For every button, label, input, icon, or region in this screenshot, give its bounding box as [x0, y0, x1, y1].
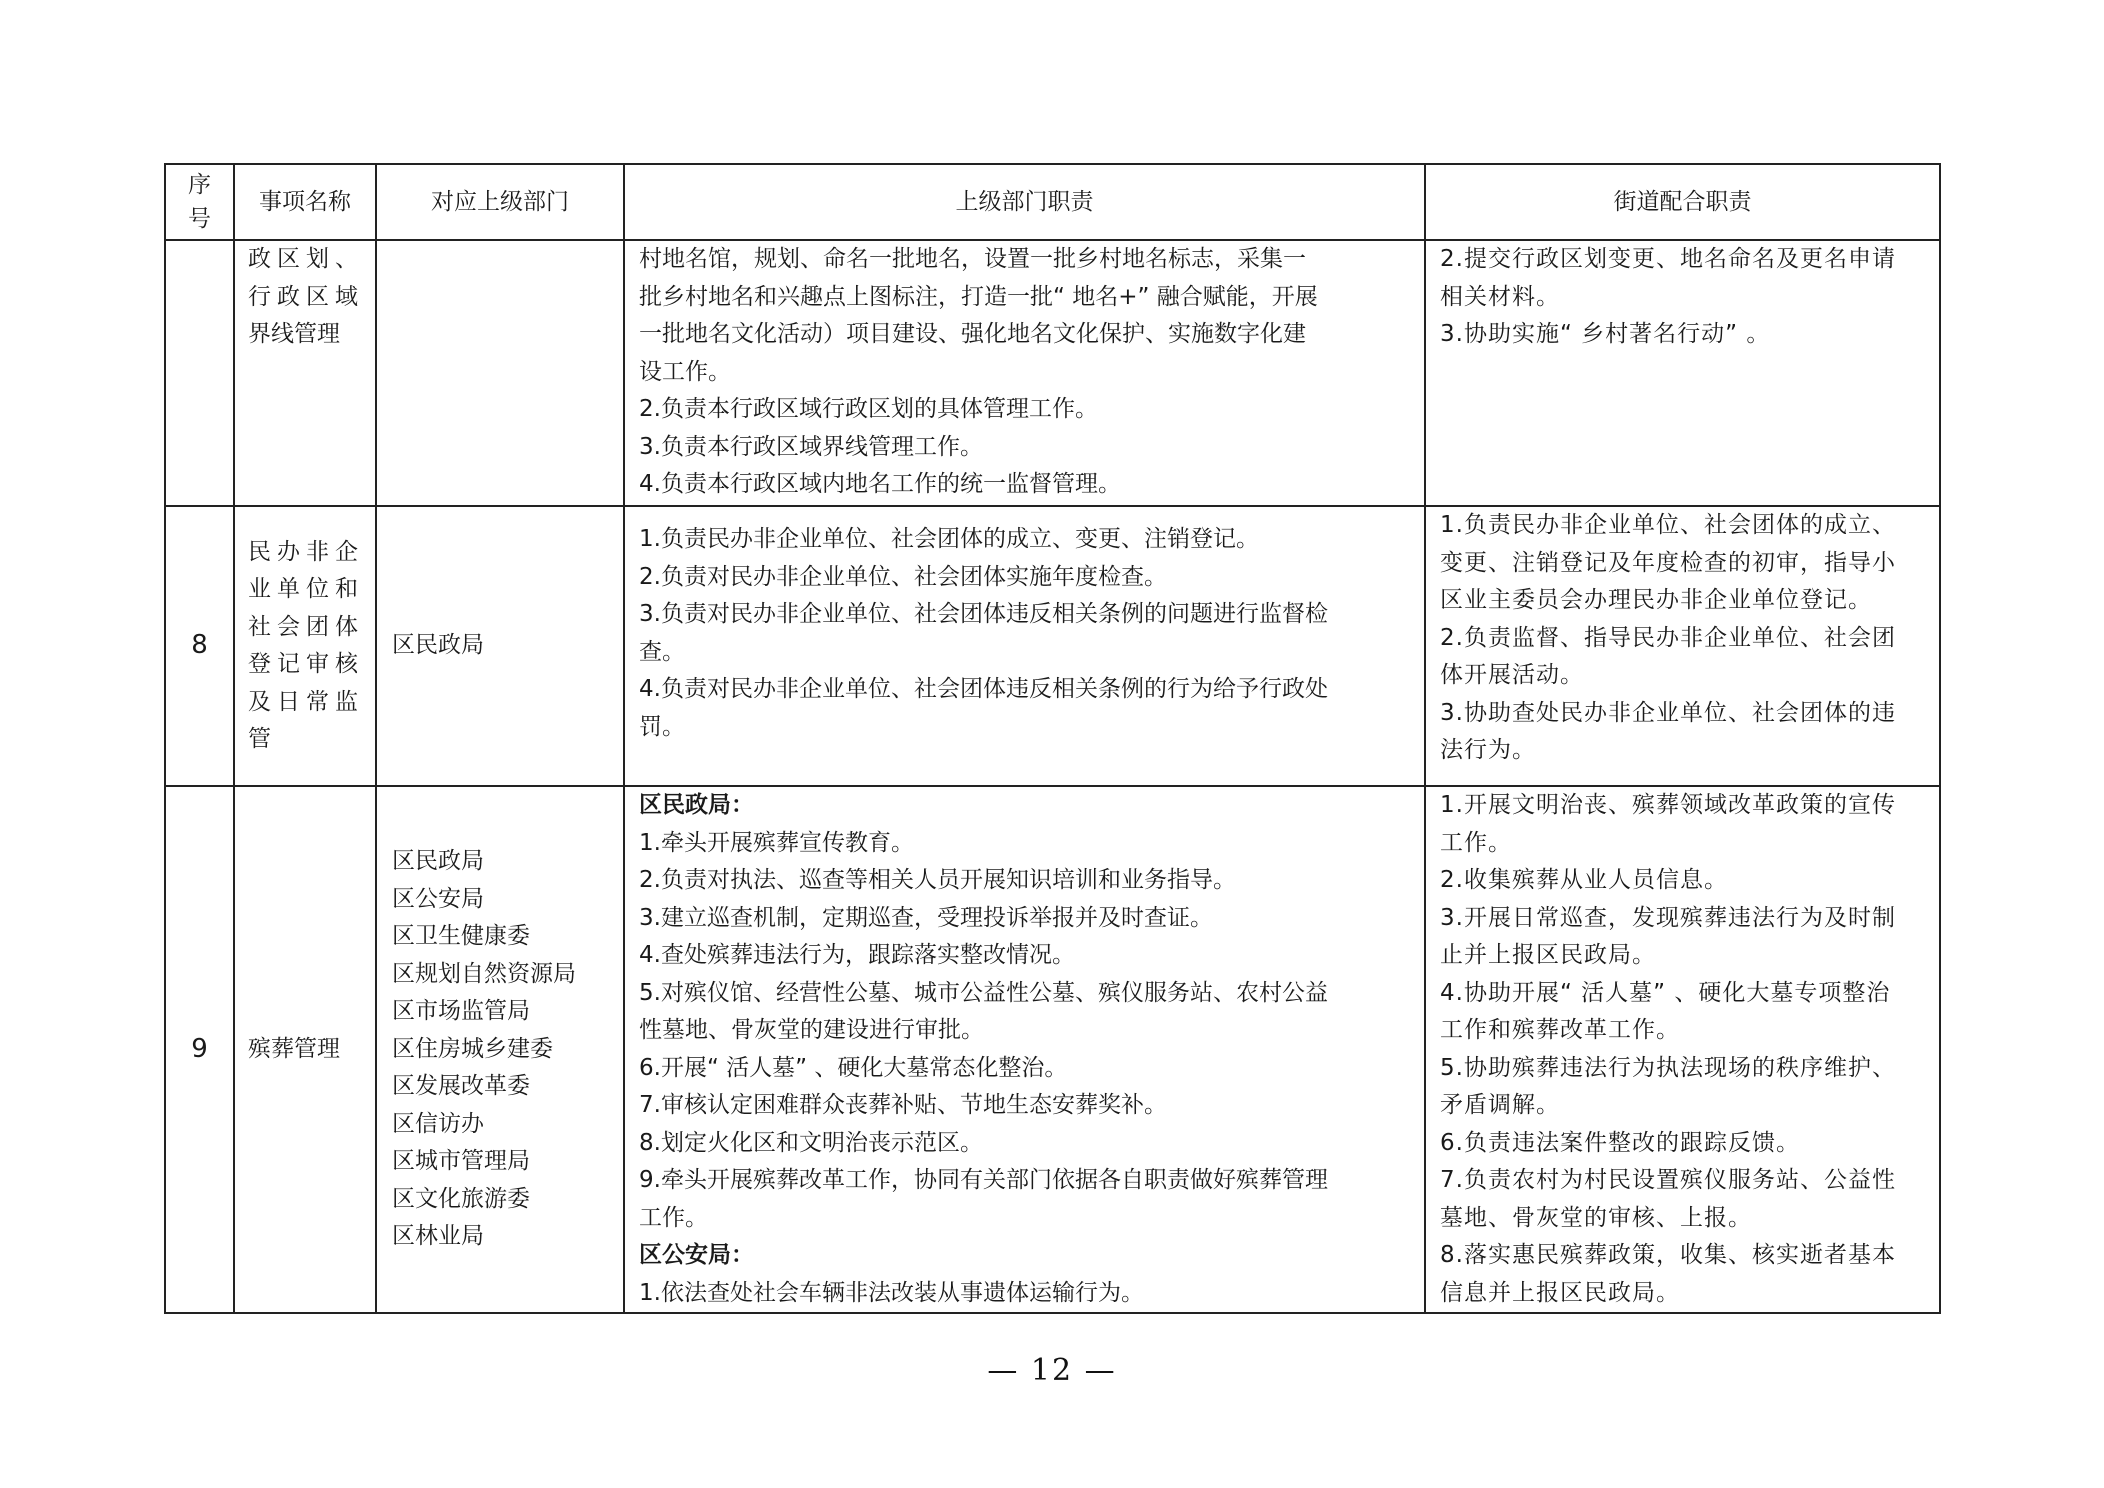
street-duty-line: 工作。 [1440, 825, 1929, 863]
item-name-line: 界线管理 [248, 316, 367, 354]
row-street-duties: 2.提交行政区划变更、地名命名及更名申请 相关材料。 3.协助实施“ 乡村著名行… [1425, 240, 1940, 506]
department-item: 区发展改革委 [392, 1068, 623, 1106]
street-duty-line: 区业主委员会办理民办非企业单位登记。 [1440, 582, 1929, 620]
header-street-duties: 街道配合职责 [1425, 164, 1940, 240]
duty-line: 3.负责对民办非企业单位、社会团体违反相关条例的问题进行监督检 [639, 596, 1414, 634]
row-superior-duties: 1.负责民办非企业单位、社会团体的成立、变更、注销登记。 2.负责对民办非企业单… [624, 506, 1425, 786]
header-seq: 序号 [165, 164, 234, 240]
duty-line: 一批地名文化活动）项目建设、强化地名文化保护、实施数字化建 [639, 316, 1414, 354]
department-item: 区文化旅游委 [392, 1181, 623, 1219]
street-duty-line: 4.协助开展“ 活人墓” 、硬化大墓专项整治 [1440, 975, 1929, 1013]
street-duty-line: 2.负责监督、指导民办非企业单位、社会团 [1440, 620, 1929, 658]
row-seq: 9 [165, 786, 234, 1313]
duty-line: 3.负责本行政区域界线管理工作。 [639, 429, 1414, 467]
row-departments: 区民政局 区公安局 区卫生健康委 区规划自然资源局 区市场监管局 区住房城乡建委… [376, 786, 624, 1313]
duty-line: 查。 [639, 634, 1414, 672]
department-item: 区信访办 [392, 1106, 623, 1144]
duty-line: 村地名馆，规划、命名一批地名，设置一批乡村地名标志，采集一 [639, 241, 1414, 279]
item-name-line: 民办非企 [248, 534, 367, 572]
duty-line: 罚。 [639, 709, 1414, 747]
street-duty-line: 1.开展文明治丧、殡葬领域改革政策的宣传 [1440, 787, 1929, 825]
street-duty-line: 3.协助查处民办非企业单位、社会团体的违 [1440, 695, 1929, 733]
department-item: 区公安局 [392, 881, 623, 919]
duty-line: 4.查处殡葬违法行为，跟踪落实整改情况。 [639, 937, 1414, 975]
street-duty-line: 2.收集殡葬从业人员信息。 [1440, 862, 1929, 900]
item-name-line: 及日常监 [248, 684, 367, 722]
duty-line: 3.建立巡查机制，定期巡查，受理投诉举报并及时查证。 [639, 900, 1414, 938]
header-seq-label: 序号 [188, 168, 211, 236]
street-duty-line: 6.负责违法案件整改的跟踪反馈。 [1440, 1125, 1929, 1163]
street-duty-line: 1.负责民办非企业单位、社会团体的成立、 [1440, 507, 1929, 545]
duty-line: 2.负责本行政区域行政区划的具体管理工作。 [639, 391, 1414, 429]
street-duty-line: 墓地、骨灰堂的审核、上报。 [1440, 1200, 1929, 1238]
street-duty-line: 相关材料。 [1440, 279, 1929, 317]
table-header-row: 序号 事项名称 对应上级部门 上级部门职责 街道配合职责 [165, 164, 1940, 240]
street-duty-line: 2.提交行政区划变更、地名命名及更名申请 [1440, 241, 1929, 279]
item-name-line: 行政区域 [248, 279, 367, 317]
duty-section-heading: 区民政局： [639, 787, 1414, 825]
street-duty-line: 工作和殡葬改革工作。 [1440, 1012, 1929, 1050]
row-item-name: 民办非企 业单位和 社会团体 登记审核 及日常监 管 [234, 506, 376, 786]
duty-line: 4.负责对民办非企业单位、社会团体违反相关条例的行为给予行政处 [639, 671, 1414, 709]
street-duty-line: 信息并上报区民政局。 [1440, 1275, 1929, 1313]
duty-line: 8.划定火化区和文明治丧示范区。 [639, 1125, 1414, 1163]
duty-section-heading: 区公安局： [639, 1237, 1414, 1275]
duty-line: 9.牵头开展殡葬改革工作，协同有关部门依据各自职责做好殡葬管理 [639, 1162, 1414, 1200]
item-name-line: 登记审核 [248, 646, 367, 684]
duty-line: 工作。 [639, 1200, 1414, 1238]
row-item-name: 殡葬管理 [234, 786, 376, 1313]
duty-line: 1.依法查处社会车辆非法改装从事遗体运输行为。 [639, 1275, 1414, 1313]
item-name-line: 政区划、 [248, 241, 367, 279]
duty-line: 4.负责本行政区域内地名工作的统一监督管理。 [639, 466, 1414, 504]
duty-line: 设工作。 [639, 354, 1414, 392]
responsibility-table: 序号 事项名称 对应上级部门 上级部门职责 街道配合职责 政区划、 行政区域 界… [164, 163, 1941, 1314]
department-item: 区市场监管局 [392, 993, 623, 1031]
duty-line: 2.负责对执法、巡查等相关人员开展知识培训和业务指导。 [639, 862, 1414, 900]
department-item: 区卫生健康委 [392, 918, 623, 956]
street-duty-line: 3.协助实施“ 乡村著名行动” 。 [1440, 316, 1929, 354]
row-seq [165, 240, 234, 506]
row-street-duties: 1.开展文明治丧、殡葬领域改革政策的宣传 工作。 2.收集殡葬从业人员信息。 3… [1425, 786, 1940, 1313]
row-superior-duties: 村地名馆，规划、命名一批地名，设置一批乡村地名标志，采集一 批乡村地名和兴趣点上… [624, 240, 1425, 506]
street-duty-line: 矛盾调解。 [1440, 1087, 1929, 1125]
item-name-line: 业单位和 [248, 571, 367, 609]
table-row: 政区划、 行政区域 界线管理 村地名馆，规划、命名一批地名，设置一批乡村地名标志… [165, 240, 1940, 506]
table-row: 8 民办非企 业单位和 社会团体 登记审核 及日常监 管 区民政局 1.负责民办… [165, 506, 1940, 786]
row-departments: 区民政局 [376, 506, 624, 786]
row-departments [376, 240, 624, 506]
street-duty-line: 变更、注销登记及年度检查的初审，指导小 [1440, 545, 1929, 583]
street-duty-line: 法行为。 [1440, 732, 1929, 770]
duty-line: 性墓地、骨灰堂的建设进行审批。 [639, 1012, 1414, 1050]
duty-line: 2.负责对民办非企业单位、社会团体实施年度检查。 [639, 559, 1414, 597]
header-superior-duties: 上级部门职责 [624, 164, 1425, 240]
duty-line: 批乡村地名和兴趣点上图标注，打造一批“ 地名+” 融合赋能，开展 [639, 279, 1414, 317]
row-street-duties: 1.负责民办非企业单位、社会团体的成立、 变更、注销登记及年度检查的初审，指导小… [1425, 506, 1940, 786]
page-number: — 12 — [0, 1353, 2104, 1388]
street-duty-line: 7.负责农村为村民设置殡仪服务站、公益性 [1440, 1162, 1929, 1200]
row-superior-duties: 区民政局： 1.牵头开展殡葬宣传教育。 2.负责对执法、巡查等相关人员开展知识培… [624, 786, 1425, 1313]
table-row: 9 殡葬管理 区民政局 区公安局 区卫生健康委 区规划自然资源局 区市场监管局 … [165, 786, 1940, 1313]
row-item-name: 政区划、 行政区域 界线管理 [234, 240, 376, 506]
street-duty-line: 8.落实惠民殡葬政策，收集、核实逝者基本 [1440, 1237, 1929, 1275]
department-item: 区规划自然资源局 [392, 956, 623, 994]
duty-line: 1.牵头开展殡葬宣传教育。 [639, 825, 1414, 863]
department-item: 区民政局 [392, 627, 623, 665]
department-item: 区城市管理局 [392, 1143, 623, 1181]
row-seq: 8 [165, 506, 234, 786]
header-item-name: 事项名称 [234, 164, 376, 240]
duty-line: 6.开展“ 活人墓” 、硬化大墓常态化整治。 [639, 1050, 1414, 1088]
item-name-line: 殡葬管理 [248, 1031, 367, 1069]
street-duty-line: 止并上报区民政局。 [1440, 937, 1929, 975]
duty-line: 5.对殡仪馆、经营性公墓、城市公益性公墓、殡仪服务站、农村公益 [639, 975, 1414, 1013]
street-duty-line: 5.协助殡葬违法行为执法现场的秩序维护、 [1440, 1050, 1929, 1088]
header-superior-dept: 对应上级部门 [376, 164, 624, 240]
item-name-line: 社会团体 [248, 609, 367, 647]
duty-line: 1.负责民办非企业单位、社会团体的成立、变更、注销登记。 [639, 521, 1414, 559]
street-duty-line: 体开展活动。 [1440, 657, 1929, 695]
duty-line: 7.审核认定困难群众丧葬补贴、节地生态安葬奖补。 [639, 1087, 1414, 1125]
department-item: 区林业局 [392, 1218, 623, 1256]
street-duty-line: 3.开展日常巡查，发现殡葬违法行为及时制 [1440, 900, 1929, 938]
department-item: 区民政局 [392, 843, 623, 881]
item-name-line: 管 [248, 721, 367, 759]
department-item: 区住房城乡建委 [392, 1031, 623, 1069]
